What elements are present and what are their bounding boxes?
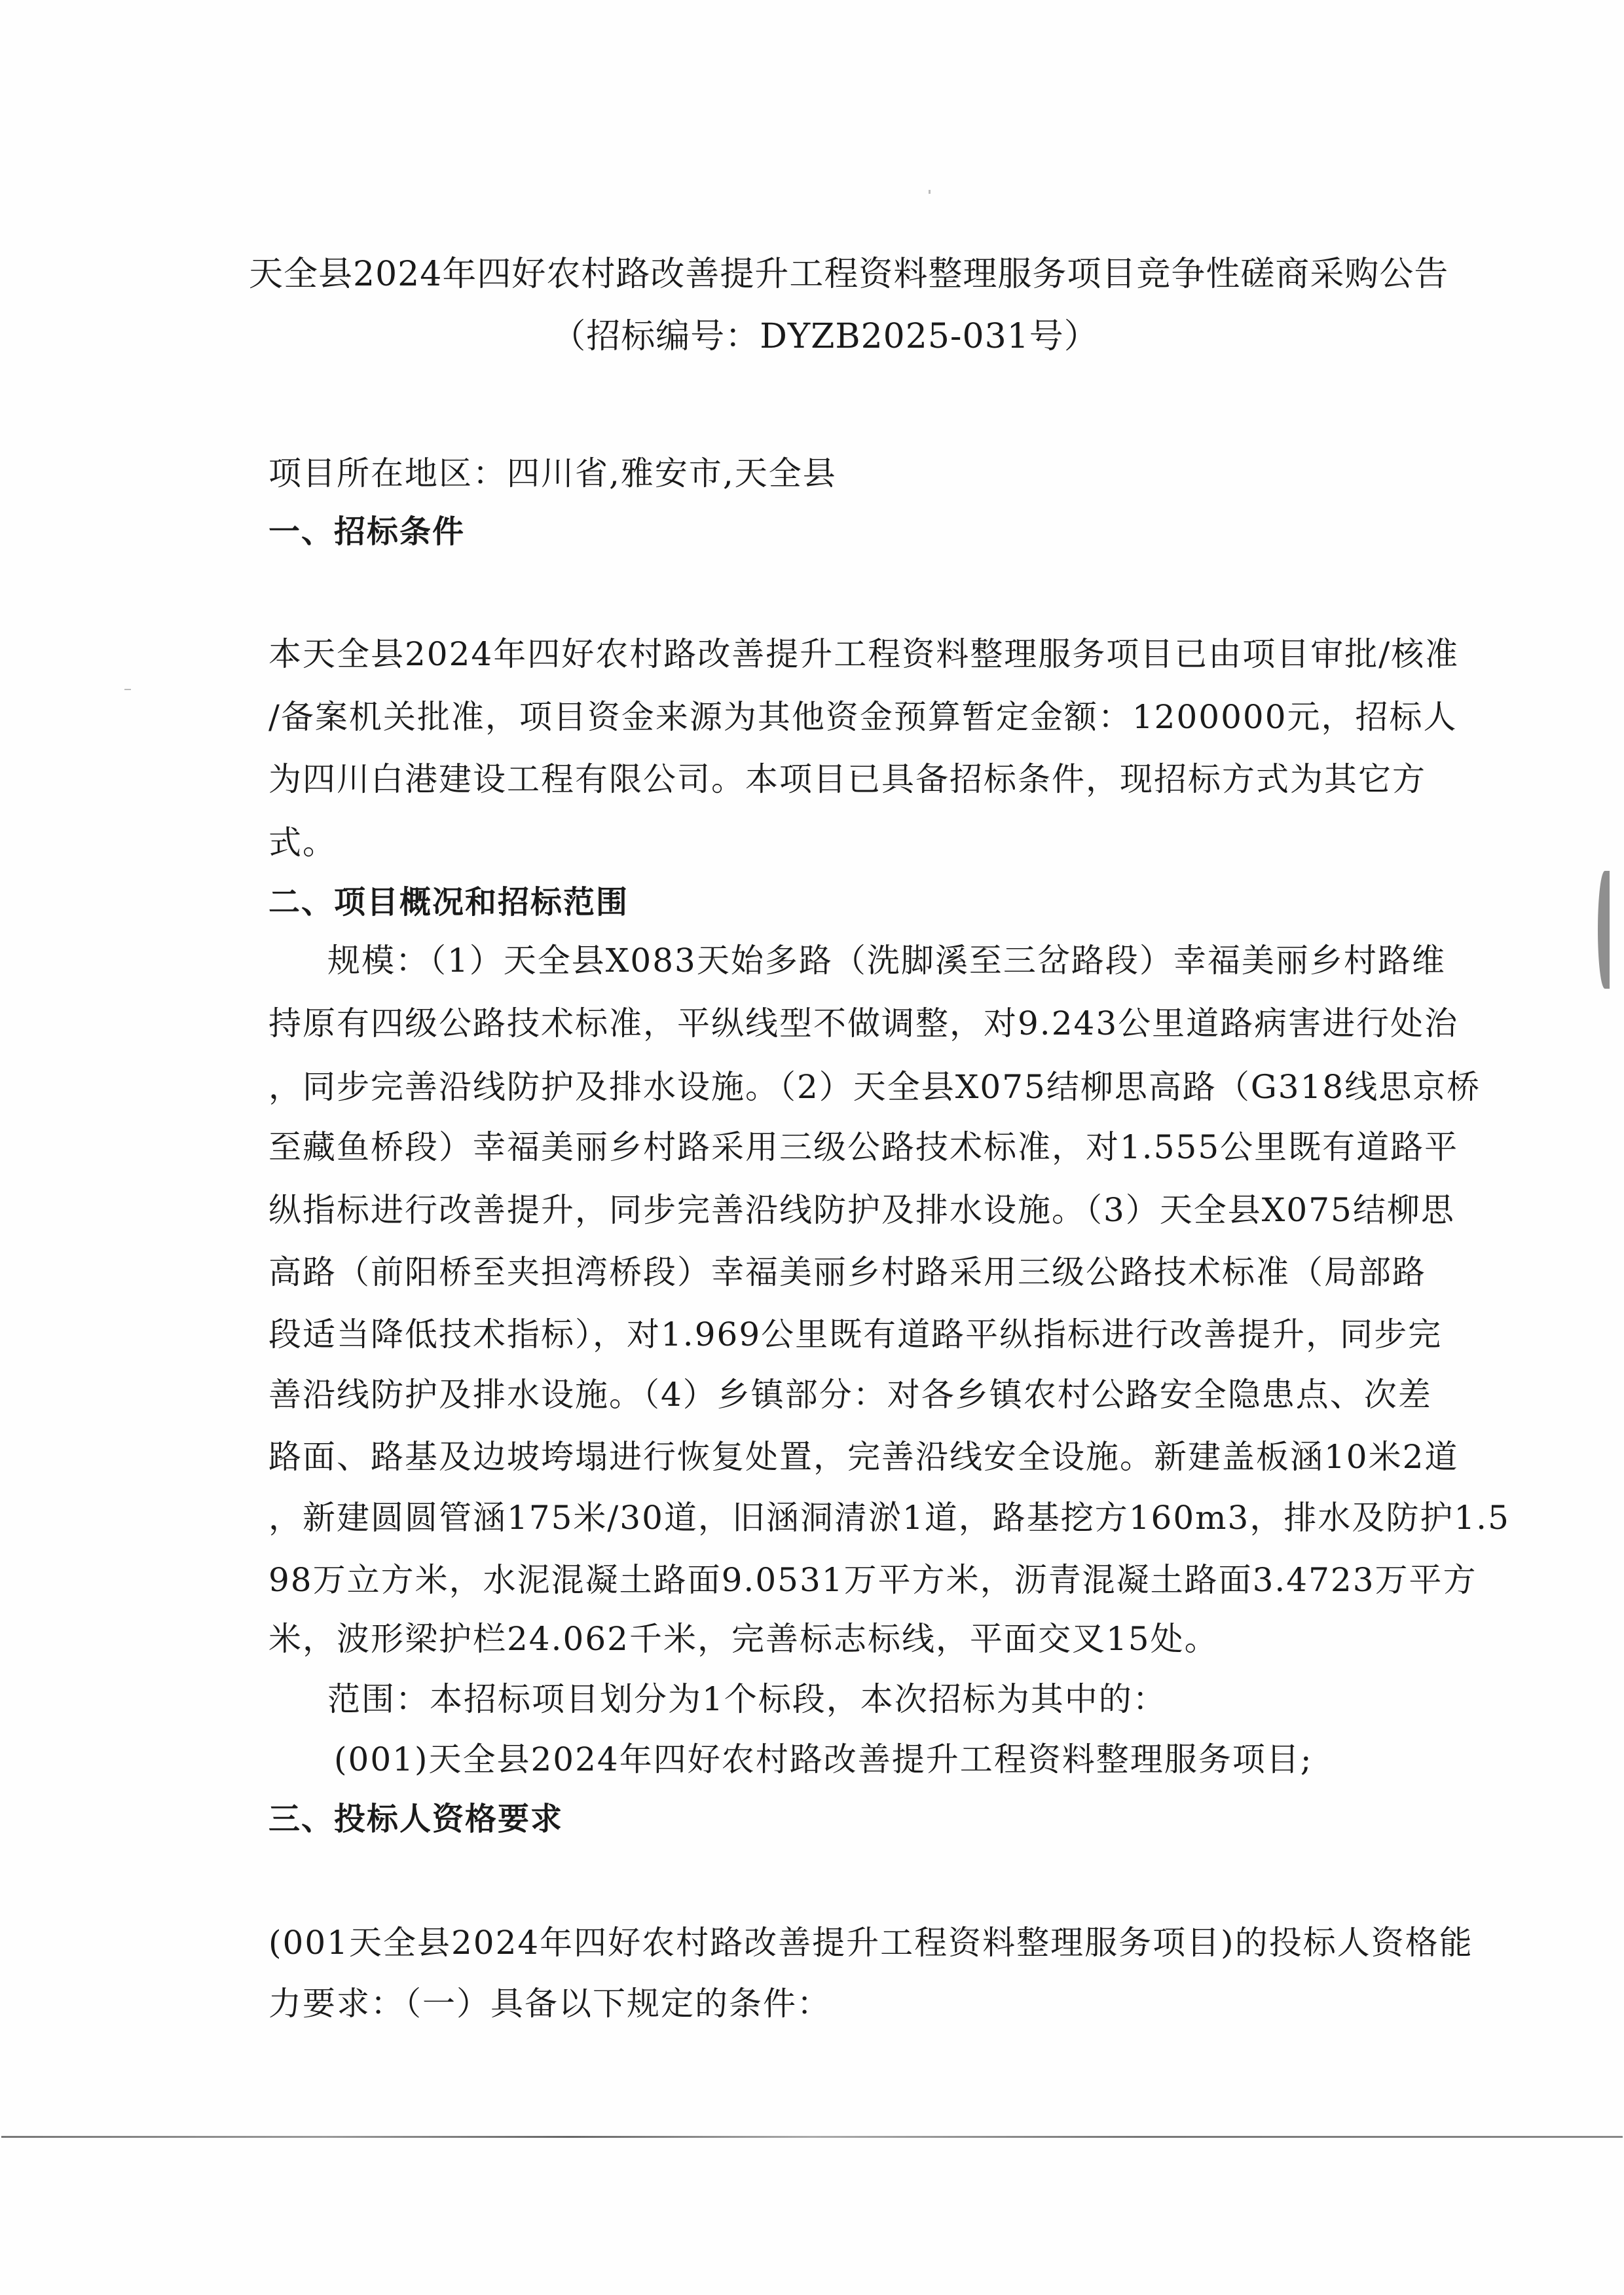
scanned-document-page: 天全县2024年四好农村路改善提升工程资料整理服务项目竞争性磋商采购公告 （招标…: [0, 0, 1624, 2295]
paragraph-line: 力要求：（一）具备以下规定的条件：: [268, 1984, 831, 2023]
paragraph-line: 米，波形梁护栏24.062千米，完善标志标线，平面交叉15处。: [268, 1619, 1219, 1659]
lot-line: (001)天全县2024年四好农村路改善提升工程资料整理服务项目;: [334, 1740, 1313, 1779]
paragraph-line: 98万立方米，水泥混凝土路面9.0531万平方米，沥青混凝土路面3.4723万平…: [268, 1560, 1369, 1600]
paragraph-line: 善沿线防护及排水设施。（4）乡镇部分：对各乡镇农村公路安全隐患点、次差: [268, 1375, 1369, 1414]
paragraph-line: 至藏鱼桥段）幸福美丽乡村路采用三级公路技术标准，对1.555公里既有道路平: [268, 1128, 1369, 1167]
paragraph-line: 段适当降低技术指标），对1.969公里既有道路平纵指标进行改善提升，同步完: [268, 1315, 1369, 1354]
scan-speck: [124, 689, 131, 690]
tender-number: （招标编号：DYZB2025-031号）: [249, 306, 1401, 368]
section-heading-project-overview: 二、项目概况和招标范围: [268, 883, 629, 922]
paragraph-line: 路面、路基及边坡垮塌进行恢复处置，完善沿线安全设施。新建盖板涵10米2道: [268, 1437, 1369, 1477]
paragraph-line: ，同步完善沿线防护及排水设施。（2）天全县X075结柳思高路（G318线思京桥: [268, 1067, 1369, 1107]
paragraph-line: 高路（前阳桥至夹担湾桥段）幸福美丽乡村路采用三级公路技术标准（局部路: [268, 1253, 1369, 1292]
section-heading-bidding-conditions: 一、招标条件: [268, 512, 465, 551]
paragraph-line: 纵指标进行改善提升，同步完善沿线防护及排水设施。（3）天全县X075结柳思: [268, 1190, 1369, 1230]
paragraph-line: /备案机关批准，项目资金来源为其他资金预算暂定金额：1200000元，招标人: [268, 697, 1369, 737]
scope-line: 范围：本招标项目划分为1个标段，本次招标为其中的：: [327, 1680, 1167, 1719]
document-title-block: 天全县2024年四好农村路改善提升工程资料整理服务项目竞争性磋商采购公告 （招标…: [249, 244, 1401, 368]
scan-artifact-binding-mark: [1598, 871, 1610, 989]
document-title: 天全县2024年四好农村路改善提升工程资料整理服务项目竞争性磋商采购公告: [249, 244, 1401, 306]
paragraph-line: 式。: [268, 823, 337, 862]
paragraph-line: (001天全县2024年四好农村路改善提升工程资料整理服务项目)的投标人资格能: [268, 1923, 1369, 1962]
paragraph-line: 规模：（1）天全县X083天始多路（洗脚溪至三岔路段）幸福美丽乡村路维: [327, 941, 1369, 980]
paragraph-line: 为四川白港建设工程有限公司。本项目已具备招标条件，现招标方式为其它方: [268, 760, 1369, 799]
paragraph-line: 本天全县2024年四好农村路改善提升工程资料整理服务项目已由项目审批/核准: [268, 634, 1369, 674]
section-heading-bidder-qualifications: 三、投标人资格要求: [268, 1799, 563, 1839]
paragraph-line: ，新建圆圆管涵175米/30道，旧涵洞清淤1道，路基挖方160m3，排水及防护1…: [268, 1498, 1369, 1537]
scan-artifact-bottom-line: [1, 2136, 1623, 2138]
scan-speck: [929, 190, 931, 194]
project-location: 项目所在地区：四川省,雅安市,天全县: [268, 454, 837, 493]
paragraph-line: 持原有四级公路技术标准，平纵线型不做调整，对9.243公里道路病害进行处治: [268, 1004, 1369, 1043]
